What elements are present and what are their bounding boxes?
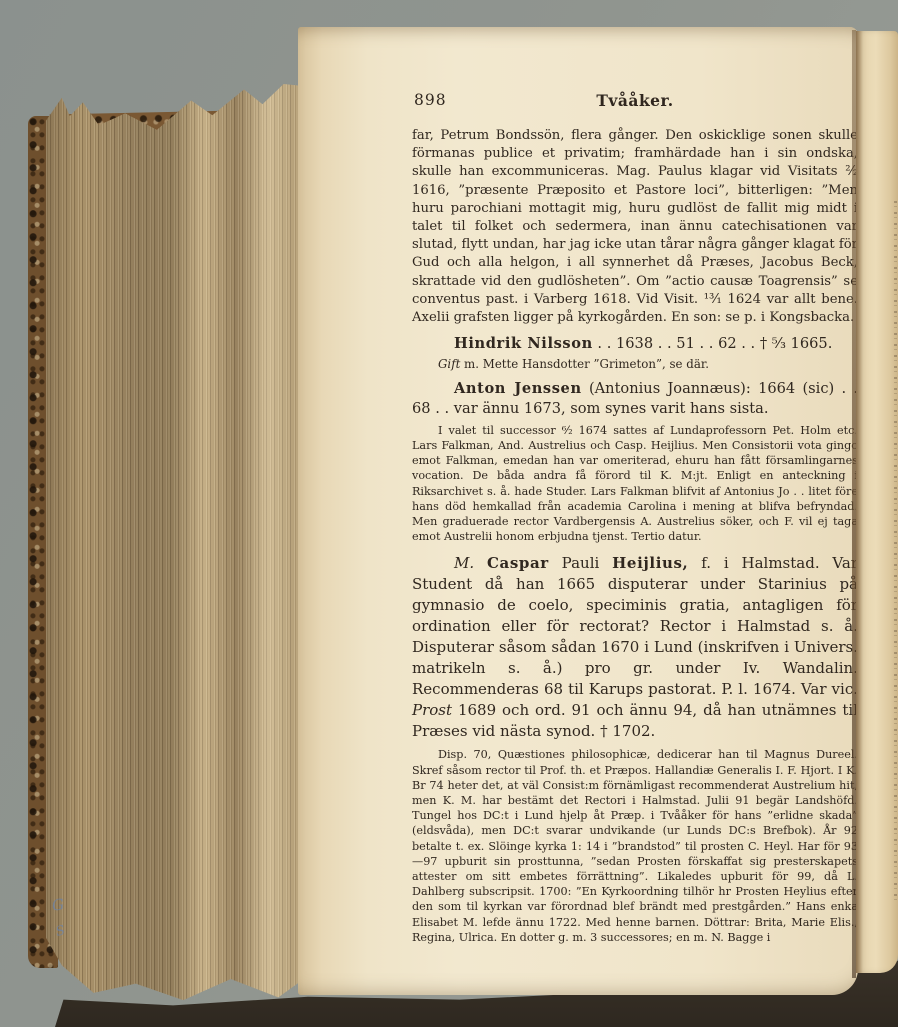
gift-label: Gift — [438, 357, 460, 371]
person-surname-heijlius: Heijlius, — [612, 554, 688, 572]
paragraph-disputation-notes: Disp. 70, Quæstiones philosophicæ, dedic… — [412, 747, 858, 945]
person-name-hindrik: Hindrik Nilsson — [454, 335, 593, 352]
page-stack-fore-edge — [46, 84, 310, 1002]
entry-paragraph-caspar-heijlius: M. Caspar Pauli Heijlius, f. i Halmstad.… — [412, 553, 858, 742]
entry-heading-anton-jenssen: Anton Jenssen (Antonius Joannæus): 1664 … — [412, 379, 858, 420]
book-right-page: 898 Tvååker. far, Petrum Bondssön, flera… — [298, 27, 858, 995]
next-page-sliver — [856, 31, 898, 973]
prost-title: Prost — [412, 701, 452, 719]
person-name-anton: Anton Jenssen — [454, 380, 582, 397]
book-photo-scene: G S 898 Tvååker. far, Petrum Bondssön, f… — [0, 0, 898, 1027]
page-gutter-crease — [852, 30, 856, 978]
entry-heading-hindrik-nilsson: Hindrik Nilsson . . 1638 . . 51 . . 62 .… — [412, 334, 858, 355]
running-title: Tvååker. — [412, 91, 858, 110]
entry-body-caspar-2: 1689 och ord. 91 och ännu 94, då han utn… — [412, 701, 858, 740]
text-column: 898 Tvååker. far, Petrum Bondssön, flera… — [412, 91, 858, 945]
entry-dates-hindrik: . . 1638 . . 51 . . 62 . . † ⁵⁄₃ 1665. — [593, 335, 833, 352]
entry-body-caspar-1: f. i Halmstad. Var Student då han 1665 d… — [412, 554, 858, 698]
paragraph-intro: far, Petrum Bondssön, flera gånger. Den … — [412, 127, 858, 327]
person-name-caspar: Caspar — [487, 554, 549, 572]
pencil-mark: G — [51, 895, 65, 914]
page-number: 898 — [414, 91, 447, 109]
magister-initial: M. — [454, 554, 474, 572]
marriage-line: Gift m. Mette Hansdotter ”Grimeton”, se … — [438, 357, 858, 372]
page-folio-row: 898 Tvååker. — [412, 91, 858, 115]
person-middle-name: Pauli — [549, 554, 612, 572]
paragraph-successor-election: I valet til successor ⁶⁄₂ 1674 sattes af… — [412, 423, 858, 545]
marriage-text: m. Mette Hansdotter ”Grimeton”, se där. — [460, 357, 709, 371]
